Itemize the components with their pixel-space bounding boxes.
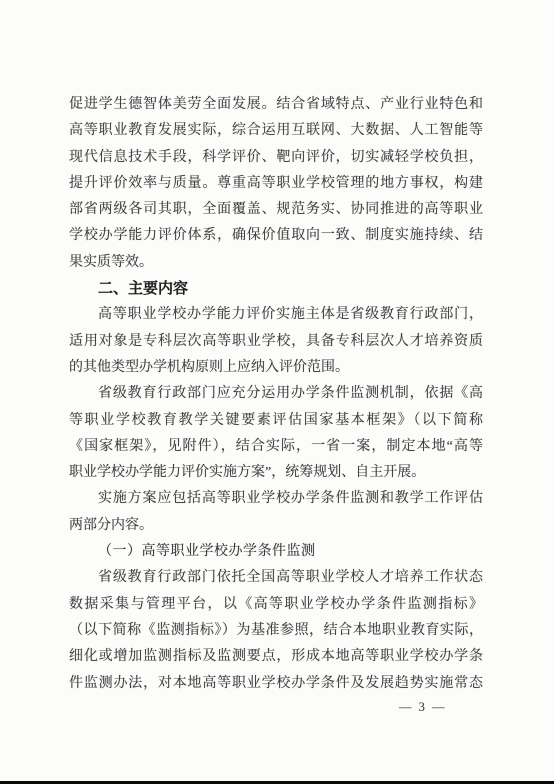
text-line: 果实质等效。 [69, 250, 483, 276]
text-line: 部省两级各司其职，全面覆盖、规范务实、协同推进的高等职业 [69, 197, 483, 223]
text-line: 高等职业学校办学能力评价实施主体是省级教育行政部门， [69, 302, 483, 328]
text-line: 两部分内容。 [69, 513, 483, 539]
page-number: — 3 — [399, 700, 447, 715]
text-line: 实施方案应包括高等职业学校办学条件监测和教学工作评估 [69, 486, 483, 512]
subsection-heading: （一）高等职业学校办学条件监测 [69, 539, 483, 565]
text-line: 职业学校办学能力评价实施方案”，统筹规划、自主开展。 [69, 460, 483, 486]
document-page: 促进学生德智体美劳全面发展。结合省域特点、产业行业特色和高等职业教育发展实际，综… [0, 0, 554, 784]
text-line: 等职业学校教育教学关键要素评估国家基本框架》（以下简称 [69, 408, 483, 434]
text-line: 学校办学能力评价体系，确保价值取向一致、制度实施持续、结 [69, 223, 483, 249]
text-line: 现代信息技术手段，科学评价、靶向评价，切实减轻学校负担， [69, 145, 483, 171]
text-line: （以下简称《监测指标》）为基准参照，结合本地职业教育实际， [69, 618, 483, 644]
text-line: 高等职业教育发展实际，综合运用互联网、大数据、人工智能等 [69, 118, 483, 144]
text-line: 促进学生德智体美劳全面发展。结合省域特点、产业行业特色和 [69, 92, 483, 118]
text-line: 数据采集与管理平台，以《高等职业学校办学条件监测指标》 [69, 592, 483, 618]
text-line: 细化或增加监测指标及监测要点，形成本地高等职业学校办学条 [69, 644, 483, 670]
text-line: 的其他类型办学机构原则上应纳入评价范围。 [69, 355, 483, 381]
text-line: 适用对象是专科层次高等职业学校，具备专科层次人才培养资质 [69, 329, 483, 355]
text-line: 《国家框架》，见附件），结合实际，一省一案，制定本地“高等 [69, 434, 483, 460]
text-line: 省级教育行政部门应充分运用办学条件监测机制，依据《高 [69, 381, 483, 407]
text-line: 省级教育行政部门依托全国高等职业学校人才培养工作状态 [69, 565, 483, 591]
text-line: 件监测办法，对本地高等职业学校办学条件及发展趋势实施常态 [69, 671, 483, 697]
section-heading: 二、主要内容 [69, 276, 483, 302]
text-line: 提升评价效率与质量。尊重高等职业学校管理的地方事权，构建 [69, 171, 483, 197]
document-body: 促进学生德智体美劳全面发展。结合省域特点、产业行业特色和高等职业教育发展实际，综… [69, 92, 483, 697]
